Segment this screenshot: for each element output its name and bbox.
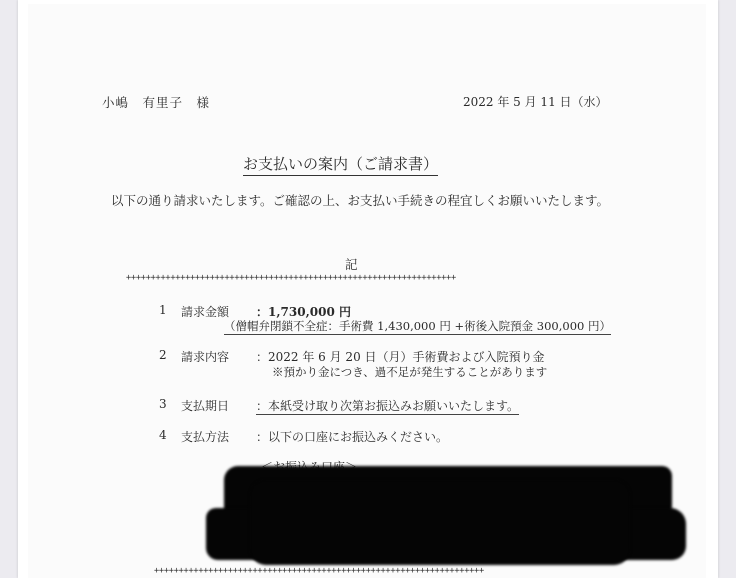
ki-heading: 記 <box>345 255 358 273</box>
separator-bottom: ++++++++++++++++++++++++++++++++++++++++… <box>154 566 604 576</box>
item-value: ：本紙受け取り次第お振込みお願いいたします。 <box>256 397 519 415</box>
issue-date: 2022 年 5 月 11 日（水） <box>463 93 608 110</box>
item-number: 2 <box>159 348 167 362</box>
item-value: ：以下の口座にお振込みください。 <box>256 428 448 445</box>
item-label: 請求金額 <box>181 303 229 320</box>
document-title: お支払いの案内（ご請求書） <box>243 153 438 176</box>
item-number: 4 <box>159 428 167 442</box>
redaction-block <box>250 480 630 565</box>
item-note: ※預かり金につき、過不足が発生することがあります <box>272 364 547 380</box>
intro-paragraph: 以下の通り請求いたします。ご確認の上、お支払い手続きの程宜しくお願いいたします。 <box>98 193 618 209</box>
item-note: （僧帽弁閉鎖不全症：手術費 1,430,000 円 +術後入院預金 300,00… <box>224 318 611 335</box>
item-value: ：2022 年 6 月 20 日（月）手術費および入院預り金 <box>256 348 545 365</box>
recipient-name: 小嶋 有里子 様 <box>102 93 210 111</box>
item-label: 支払方法 <box>181 428 229 445</box>
separator-top: ++++++++++++++++++++++++++++++++++++++++… <box>126 273 576 283</box>
item-label: 請求内容 <box>181 348 229 365</box>
item-label: 支払期日 <box>181 397 229 414</box>
item-number: 1 <box>159 303 167 317</box>
item-number: 3 <box>159 397 167 411</box>
